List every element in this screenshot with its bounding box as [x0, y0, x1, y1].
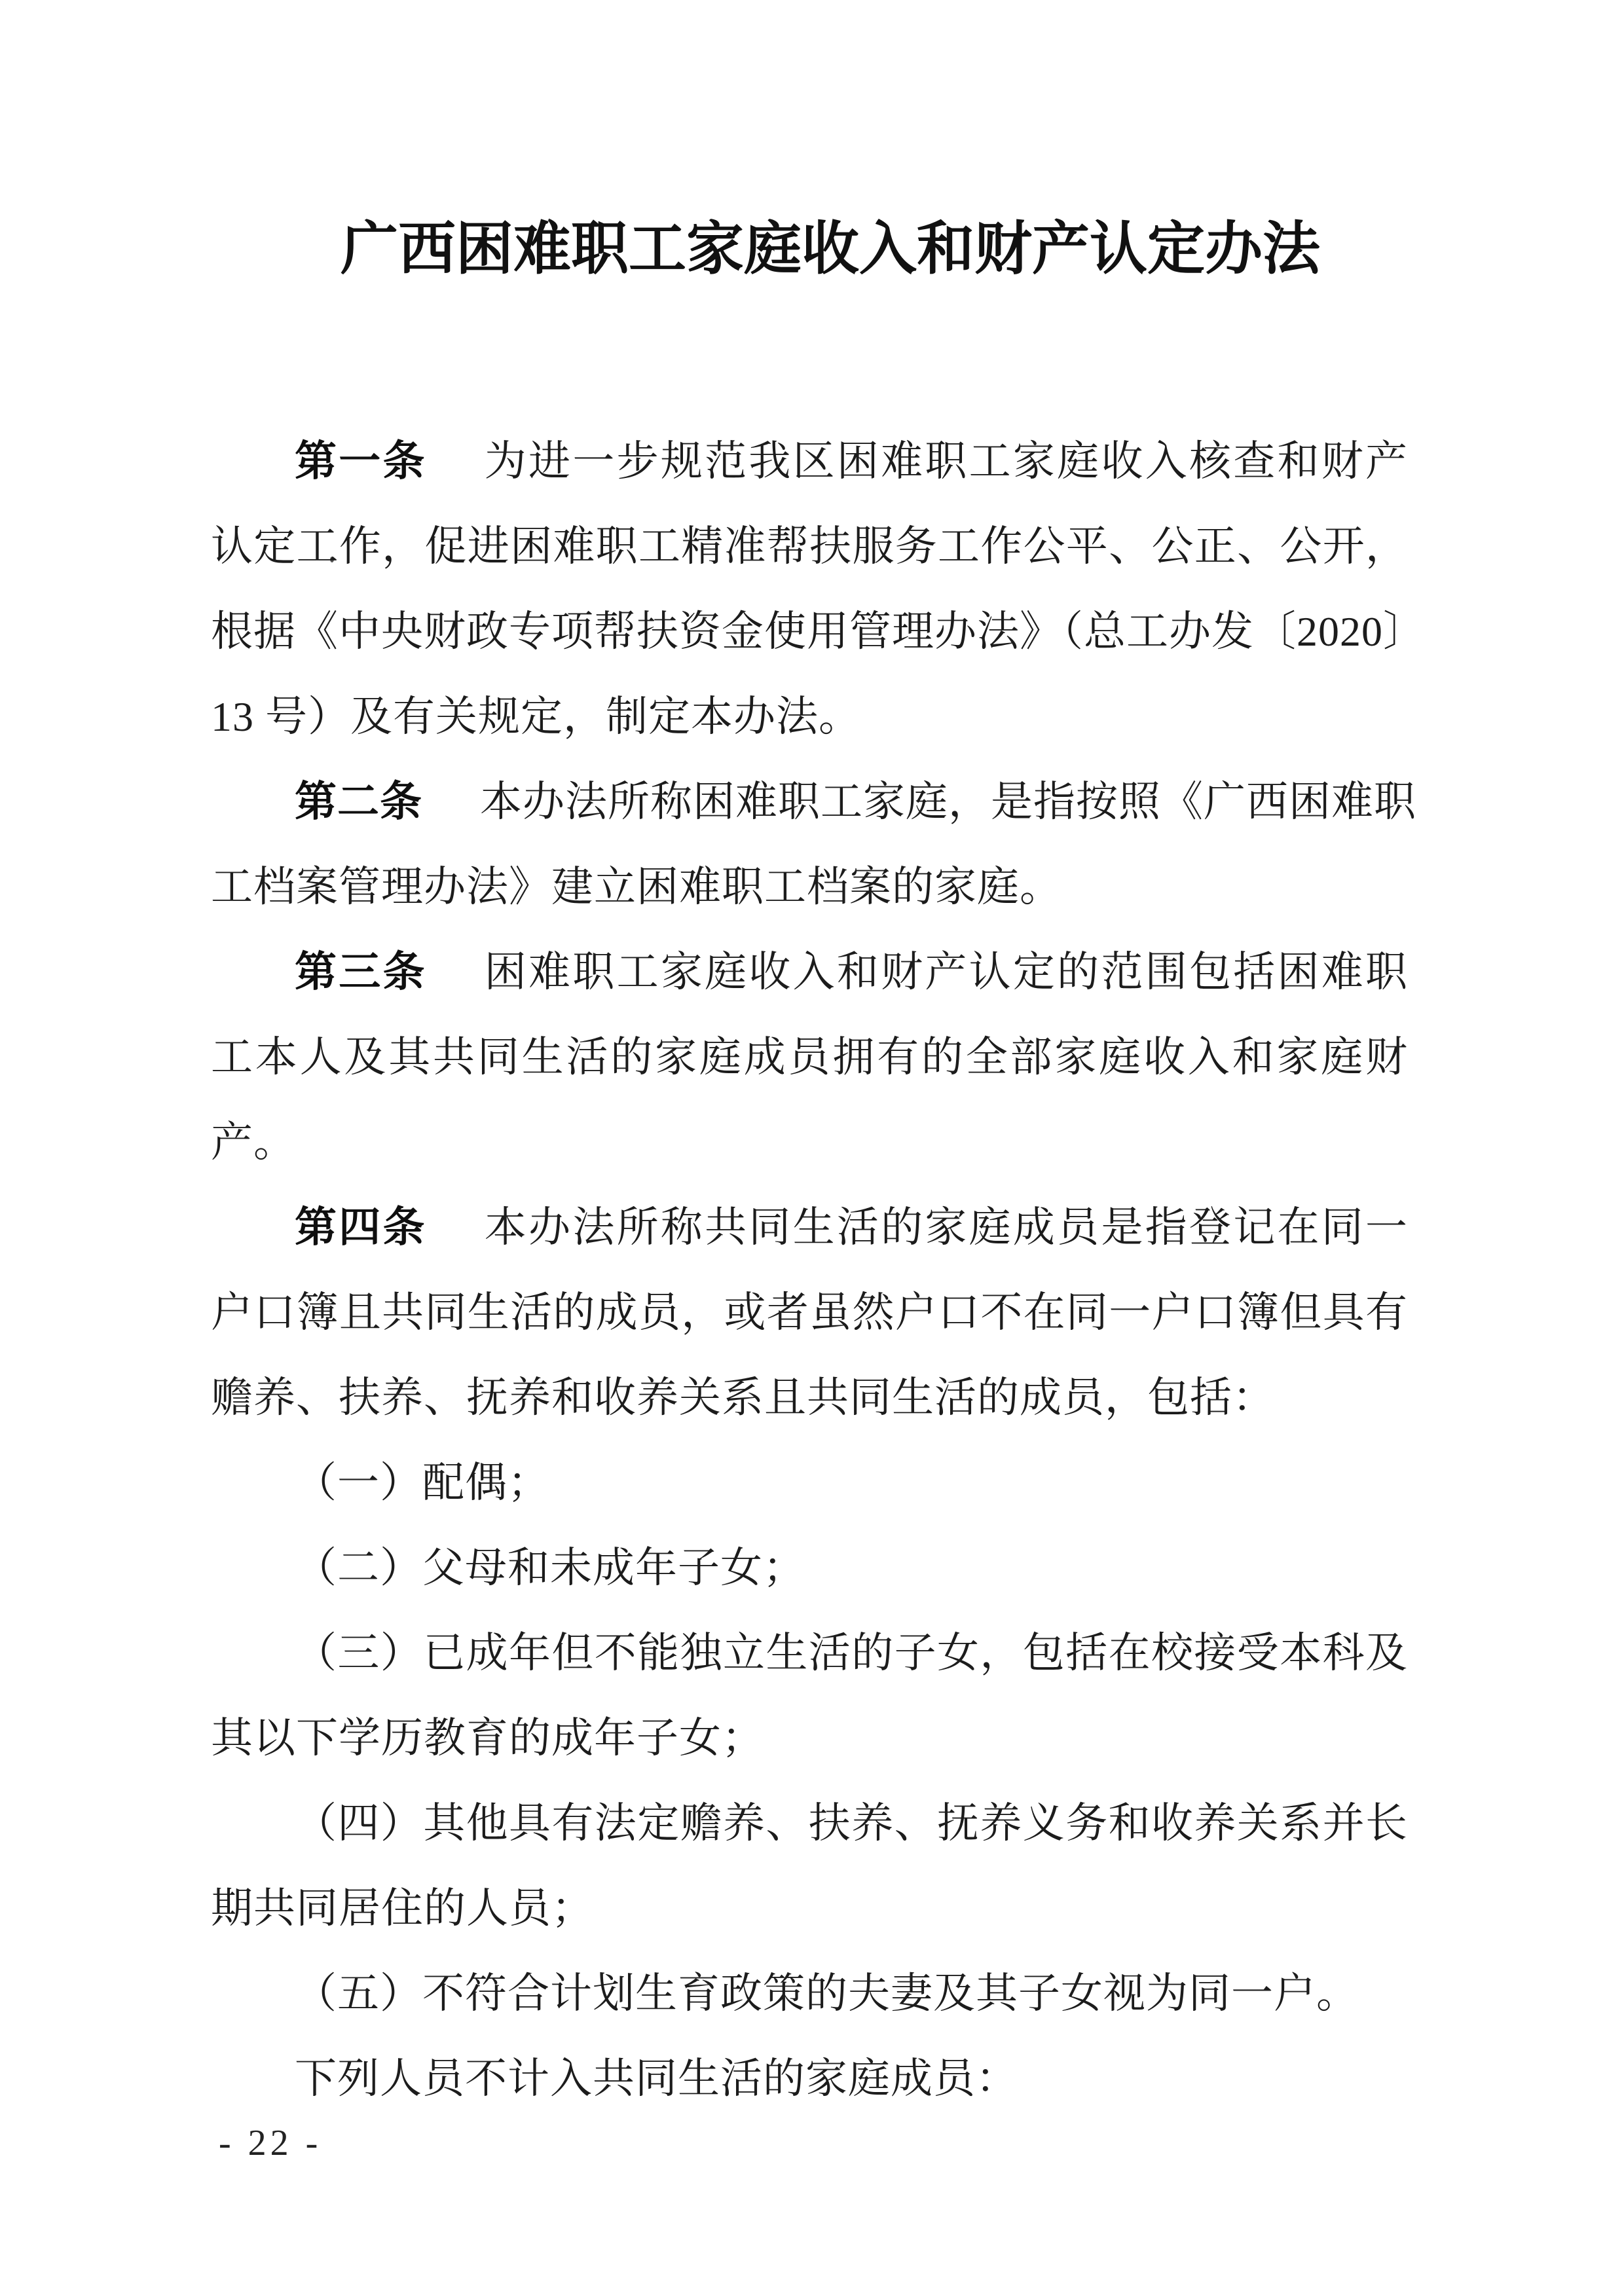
list-item-line: （四）其他具有法定赡养、扶养、抚养义务和收养关系并长 [211, 1781, 1408, 1866]
line-text: 根据《中央财政专项帮扶资金使用管理办法》（总工办发〔2020〕 [211, 608, 1426, 655]
list-item-line: （五）不符合计划生育政策的夫妻及其子女视为同一户。 [211, 1951, 1408, 2036]
text-line: 认定工作，促进困难职工精准帮扶服务工作公平、公正、公开， [211, 504, 1408, 589]
line-text: 13 号）及有关规定，制定本办法。 [211, 693, 861, 740]
line-text: （二）父母和未成年子女； [295, 1545, 805, 1591]
list-item-line: （二）父母和未成年子女； [211, 1526, 1408, 1611]
line-text: 为进一步规范我区困难职工家庭收入核查和财产 [485, 438, 1408, 485]
line-text: （四）其他具有法定赡养、扶养、抚养义务和收养关系并长 [295, 1800, 1408, 1846]
list-item-line: （三）已成年但不能独立生活的子女，包括在校接受本科及 [211, 1611, 1408, 1696]
text-line: 工档案管理办法》建立困难职工档案的家庭。 [211, 845, 1408, 930]
line-text: （五）不符合计划生育政策的夫妻及其子女视为同一户。 [295, 1970, 1359, 2017]
line-text: 下列人员不计入共同生活的家庭成员： [295, 2055, 1018, 2102]
article-number: 第二条 [295, 779, 422, 825]
text-line: 赡养、扶养、抚养和收养关系且共同生活的成员，包括： [211, 1355, 1408, 1441]
text-line: 第三条困难职工家庭收入和财产认定的范围包括困难职 [211, 930, 1408, 1015]
line-text: 本办法所称共同生活的家庭成员是指登记在同一 [485, 1204, 1408, 1251]
text-line: 下列人员不计入共同生活的家庭成员： [211, 2036, 1408, 2121]
text-line: 产。 [211, 1100, 1408, 1185]
text-line: 第四条本办法所称共同生活的家庭成员是指登记在同一 [211, 1185, 1408, 1270]
line-text: 认定工作，促进困难职工精准帮扶服务工作公平、公正、公开， [211, 523, 1408, 570]
line-text: 赡养、扶养、抚养和收养关系且共同生活的成员，包括： [211, 1374, 1275, 1421]
line-text: 户口簿且共同生活的成员，或者虽然户口不在同一户口簿但具有 [211, 1289, 1408, 1336]
article-number: 第三条 [295, 949, 427, 995]
page-number: - 22 - [219, 2123, 322, 2163]
line-text: 其以下学历教育的成年子女； [211, 1715, 764, 1761]
text-line: 其以下学历教育的成年子女； [211, 1696, 1408, 1781]
line-text: 工档案管理办法》建立困难职工档案的家庭。 [211, 864, 1062, 910]
line-text: 困难职工家庭收入和财产认定的范围包括困难职 [485, 949, 1408, 995]
document-title: 广西困难职工家庭收入和财产认定办法 [18, 221, 1624, 279]
text-line: 户口簿且共同生活的成员，或者虽然户口不在同一户口簿但具有 [211, 1270, 1408, 1355]
line-text: （三）已成年但不能独立生活的子女，包括在校接受本科及 [295, 1630, 1408, 1676]
document-page: 广西困难职工家庭收入和财产认定办法 第一条为进一步规范我区困难职工家庭收入核查和… [0, 0, 1624, 2295]
line-text: 产。 [211, 1119, 296, 1166]
article-number: 第四条 [295, 1204, 427, 1251]
document-body: 第一条为进一步规范我区困难职工家庭收入核查和财产 认定工作，促进困难职工精准帮扶… [211, 419, 1408, 2121]
text-line: 期共同居住的人员； [211, 1866, 1408, 1951]
list-item-line: （一）配偶； [211, 1441, 1408, 1526]
line-text: 本办法所称困难职工家庭，是指按照《广西困难职 [480, 779, 1416, 825]
text-line: 第一条为进一步规范我区困难职工家庭收入核查和财产 [211, 419, 1408, 504]
line-text: 工本人及其共同生活的家庭成员拥有的全部家庭收入和家庭财 [211, 1034, 1408, 1080]
text-line: 13 号）及有关规定，制定本办法。 [211, 674, 1408, 760]
line-text: （一）配偶； [295, 1460, 550, 1506]
text-line: 工本人及其共同生活的家庭成员拥有的全部家庭收入和家庭财 [211, 1015, 1408, 1100]
text-line: 第二条本办法所称困难职工家庭，是指按照《广西困难职 [211, 760, 1408, 845]
article-number: 第一条 [295, 438, 427, 485]
text-line: 根据《中央财政专项帮扶资金使用管理办法》（总工办发〔2020〕 [211, 589, 1408, 674]
line-text: 期共同居住的人员； [211, 1885, 594, 1932]
